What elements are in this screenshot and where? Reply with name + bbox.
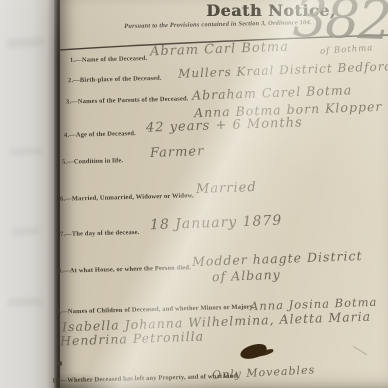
bleed-through-mark: [9, 147, 43, 156]
ink-speck: [58, 361, 62, 366]
previous-page-edge: [0, 0, 58, 388]
field-6-entry: Married: [196, 180, 257, 197]
bleed-through-mark: [6, 37, 47, 49]
bleed-through-mark: [7, 297, 43, 306]
field-5-entry: Farmer: [150, 144, 205, 161]
scanned-death-notice-photo: Death Notice, 3829 Pursuant to the Provi…: [0, 0, 388, 388]
bleed-through-mark: [11, 227, 41, 237]
field-8-entry-line2: of Albany: [212, 267, 281, 284]
